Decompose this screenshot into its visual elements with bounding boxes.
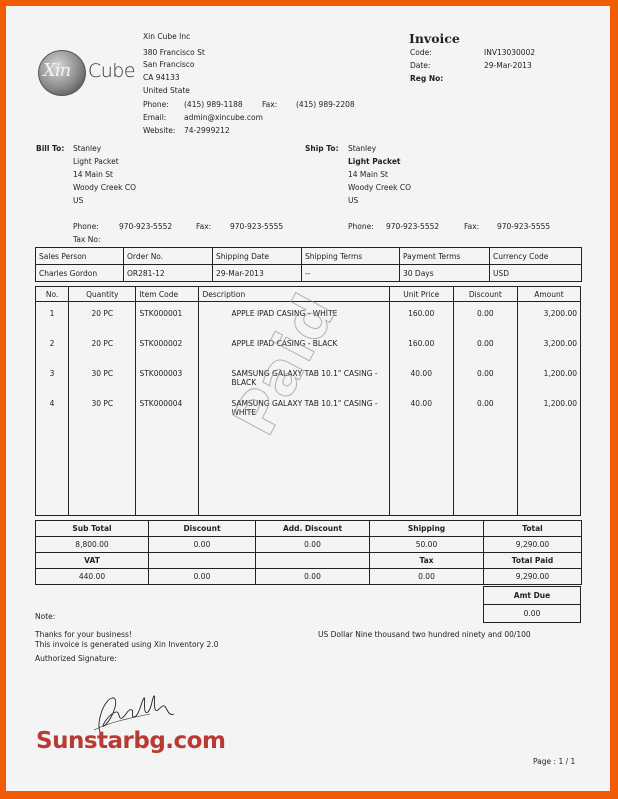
item-quantity: 20 PC: [69, 332, 136, 362]
item-no: 4: [36, 392, 69, 422]
meta-header-sales-person: Sales Person: [36, 248, 124, 265]
bill-to-city: Woody Creek CO: [73, 183, 136, 192]
totals-table: Sub Total Discount Add. Discount Shippin…: [35, 520, 582, 585]
ship-to-fax: 970-923-5555: [497, 222, 550, 231]
total-paid-label: Total Paid: [484, 553, 582, 569]
item-quantity: 20 PC: [69, 302, 136, 333]
generated-by-text: This invoice is generated using Xin Inve…: [35, 640, 218, 649]
item-amount: 3,200.00: [517, 332, 580, 362]
bill-to-street: 14 Main St: [73, 170, 113, 179]
item-amount: 1,200.00: [517, 392, 580, 422]
table-row: 4 30 PC STK000004 SAMSUNG GALAXY TAB 10.…: [36, 392, 581, 422]
add-discount-2-value: 0.00: [256, 569, 370, 585]
meta-payment-terms: 30 Days: [400, 265, 490, 282]
company-fax: (415) 989-2208: [296, 100, 355, 109]
item-unit-price: 40.00: [389, 362, 453, 392]
shipping-value: 50.00: [370, 537, 484, 553]
bill-to-label: Bill To:: [36, 144, 64, 153]
meta-header-order-no: Order No.: [124, 248, 213, 265]
invoice-title: Invoice: [409, 31, 460, 46]
bill-to-name: Stanley: [73, 144, 101, 153]
meta-header-shipping-terms: Shipping Terms: [302, 248, 400, 265]
item-amount: 1,200.00: [517, 362, 580, 392]
meta-header-payment-terms: Payment Terms: [400, 248, 490, 265]
company-website: 74-2999212: [184, 126, 230, 135]
site-watermark: Sunstarbg.com: [36, 728, 225, 754]
item-no: 1: [36, 302, 69, 333]
totals-header-row-2: VAT Tax Total Paid: [36, 553, 582, 569]
invoice-code-label: Code:: [410, 48, 432, 57]
ship-to-city: Woody Creek CO: [348, 183, 411, 192]
company-fax-label: Fax:: [262, 100, 277, 109]
item-unit-price: 160.00: [389, 302, 453, 333]
item-discount: 0.00: [453, 302, 517, 333]
meta-header-shipping-date: Shipping Date: [213, 248, 302, 265]
company-address-2: San Francisco: [143, 60, 195, 69]
items-header-unit-price: Unit Price: [389, 287, 453, 302]
bill-to-country: US: [73, 196, 83, 205]
ship-to-company: Light Packet: [348, 157, 401, 166]
order-meta-value-row: Charles Gordon OR281-12 29-Mar-2013 -- 3…: [36, 265, 582, 282]
item-no: 2: [36, 332, 69, 362]
meta-header-currency-code: Currency Code: [490, 248, 582, 265]
blank-label-1: [149, 553, 256, 569]
meta-sales-person: Charles Gordon: [36, 265, 124, 282]
meta-shipping-date: 29-Mar-2013: [213, 265, 302, 282]
invoice-reg-label: Reg No:: [410, 74, 443, 83]
company-email[interactable]: admin@xincube.com: [184, 113, 263, 122]
company-address-3: CA 94133: [143, 73, 180, 82]
invoice-date-label: Date:: [410, 61, 430, 70]
meta-shipping-terms: --: [302, 265, 400, 282]
company-phone: (415) 989-1188: [184, 100, 243, 109]
blank-label-2: [256, 553, 370, 569]
logo-text: Xin: [43, 60, 70, 81]
items-header-quantity: Quantity: [69, 287, 136, 302]
ship-to-country: US: [348, 196, 358, 205]
items-header-discount: Discount: [453, 287, 517, 302]
tax-label: Tax: [370, 553, 484, 569]
discount-2-value: 0.00: [149, 569, 256, 585]
amount-due-label: Amt Due: [484, 587, 581, 605]
page-number: Page : 1 / 1: [533, 757, 575, 766]
order-meta-table: Sales Person Order No. Shipping Date Shi…: [35, 247, 582, 282]
discount-value: 0.00: [149, 537, 256, 553]
item-no: 3: [36, 362, 69, 392]
vat-value: 440.00: [36, 569, 149, 585]
totals-value-row-2: 440.00 0.00 0.00 0.00 9,290.00: [36, 569, 582, 585]
item-quantity: 30 PC: [69, 392, 136, 422]
item-unit-price: 40.00: [389, 392, 453, 422]
ship-to-phone-label: Phone:: [348, 222, 374, 231]
item-code: STK000002: [136, 332, 199, 362]
table-row-filler: [36, 422, 581, 516]
invoice-date: 29-Mar-2013: [484, 61, 532, 70]
subtotal-value: 8,800.00: [36, 537, 149, 553]
amount-in-words: US Dollar Nine thousand two hundred nine…: [318, 630, 531, 639]
bill-to-phone: 970-923-5552: [119, 222, 172, 231]
item-amount: 3,200.00: [517, 302, 580, 333]
item-quantity: 30 PC: [69, 362, 136, 392]
authorized-signature-label: Authorized Signature:: [35, 654, 117, 663]
company-name: Xin Cube Inc: [143, 32, 190, 41]
ship-to-street: 14 Main St: [348, 170, 388, 179]
items-header-item-code: Item Code: [136, 287, 199, 302]
bill-to-company: Light Packet: [73, 157, 119, 166]
bill-to-fax-label: Fax:: [196, 222, 211, 231]
item-code: STK000003: [136, 362, 199, 392]
ship-to-label: Ship To:: [305, 144, 339, 153]
company-email-label: Email:: [143, 113, 166, 122]
company-address-1: 380 Francisco St: [143, 48, 205, 57]
note-label: Note:: [35, 612, 55, 621]
item-discount: 0.00: [453, 392, 517, 422]
ship-to-phone: 970-923-5552: [386, 222, 439, 231]
item-code: STK000004: [136, 392, 199, 422]
item-discount: 0.00: [453, 362, 517, 392]
vat-label: VAT: [36, 553, 149, 569]
total-value: 9,290.00: [484, 537, 582, 553]
total-label: Total: [484, 521, 582, 537]
ship-to-fax-label: Fax:: [464, 222, 479, 231]
discount-label: Discount: [149, 521, 256, 537]
item-code: STK000001: [136, 302, 199, 333]
meta-order-no: OR281-12: [124, 265, 213, 282]
ship-to-name: Stanley: [348, 144, 376, 153]
shipping-label: Shipping: [370, 521, 484, 537]
items-header-no: No.: [36, 287, 69, 302]
item-unit-price: 160.00: [389, 332, 453, 362]
add-discount-value: 0.00: [256, 537, 370, 553]
invoice-page: Xin Cube Xin Cube Inc 380 Francisco St S…: [6, 6, 610, 791]
logo-word: Cube: [88, 60, 135, 82]
add-discount-label: Add. Discount: [256, 521, 370, 537]
amount-due-value: 0.00: [484, 605, 581, 623]
bill-to-tax-label: Tax No:: [73, 235, 100, 244]
meta-currency-code: USD: [490, 265, 582, 282]
company-address-4: United State: [143, 86, 190, 95]
order-meta-header-row: Sales Person Order No. Shipping Date Shi…: [36, 248, 582, 265]
company-phone-label: Phone:: [143, 100, 169, 109]
totals-value-row-1: 8,800.00 0.00 0.00 50.00 9,290.00: [36, 537, 582, 553]
totals-header-row-1: Sub Total Discount Add. Discount Shippin…: [36, 521, 582, 537]
tax-value: 0.00: [370, 569, 484, 585]
item-discount: 0.00: [453, 332, 517, 362]
company-website-label: Website:: [143, 126, 175, 135]
bill-to-fax: 970-923-5555: [230, 222, 283, 231]
total-paid-value: 9,290.00: [484, 569, 582, 585]
amount-due-table: Amt Due 0.00: [483, 586, 581, 623]
thanks-text: Thanks for your business!: [35, 630, 132, 639]
bill-to-phone-label: Phone:: [73, 222, 99, 231]
subtotal-label: Sub Total: [36, 521, 149, 537]
items-header-amount: Amount: [517, 287, 580, 302]
invoice-code: INV13030002: [484, 48, 535, 57]
